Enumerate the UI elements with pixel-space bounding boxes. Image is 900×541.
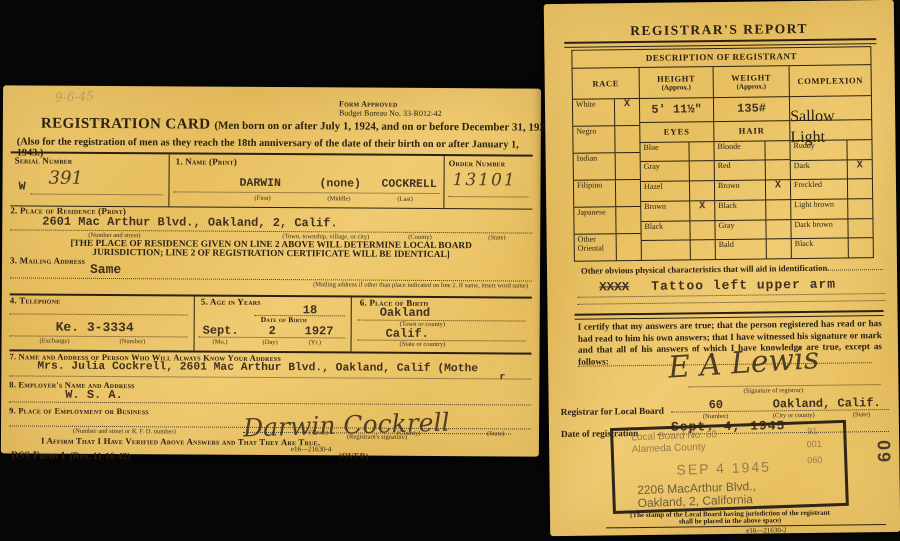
height-header: HEIGHT <box>657 73 695 83</box>
dob-sub-mo: (Mo.) <box>213 339 228 346</box>
form-rev: (Rev. 11-16-42) <box>70 452 131 462</box>
name-sub-middle: (Middle) <box>327 195 350 202</box>
name-last: COCKRELL <box>381 178 436 191</box>
pencil-date: 9-6-45 <box>55 89 94 105</box>
hair-row: Bald <box>716 239 791 259</box>
race-check <box>615 207 640 233</box>
employer-value: W. S. A. <box>65 388 123 402</box>
report-title: REGISTRAR'S REPORT <box>544 20 894 40</box>
complexion-row: Freckled <box>791 179 872 200</box>
complexion-column: COMPLEXION Sallow Light Ruddy DarkX Frec… <box>789 65 873 258</box>
name-middle: (none) <box>319 177 361 190</box>
hair-row: Blonde <box>714 141 789 162</box>
other-characteristics-value: XXXX Tattoo left upper arm <box>577 274 885 298</box>
race-check <box>615 153 640 179</box>
race-header: RACE <box>592 78 619 88</box>
stamp-num: 060 <box>807 455 822 466</box>
form-name: DSS Form 1 <box>11 450 66 461</box>
hair-row: Red <box>715 161 790 182</box>
eyes-check <box>690 240 715 259</box>
mailing-sub: (Mailing address if other than place ind… <box>313 281 528 289</box>
complexion-row: Dark brown <box>791 219 872 240</box>
complexion-header: COMPLEXION <box>797 75 863 86</box>
phone-value: Ke. 3-3334 <box>56 320 134 335</box>
eyes-row: Gray <box>641 161 714 182</box>
race-check: X <box>614 99 639 125</box>
complexion-check <box>846 140 871 159</box>
hair-row: Black <box>715 200 790 221</box>
race-column: RACE WhiteX Negro Indian Filipino Japane… <box>573 68 641 261</box>
mailing-label: 3. Mailing Address <box>10 255 532 268</box>
print-code-left: e16—21630-4 <box>291 445 332 453</box>
eyes-row: Black <box>641 221 714 242</box>
complexion-row: Light <box>790 120 871 141</box>
eyes-check <box>689 221 714 240</box>
mailing-value: Same <box>90 262 121 277</box>
name-label: 1. Name (Print) <box>170 154 444 168</box>
complexion-row: Sallow <box>790 96 871 121</box>
weight-approx: (Approx.) <box>737 82 766 90</box>
registrar-report-card: REGISTRAR'S REPORT DESCRIPTION OF REGIST… <box>544 0 900 536</box>
race-row: Japanese <box>574 207 640 235</box>
print-code-right: e16—21630-2 <box>746 526 787 534</box>
local-board-stamp: Local Board No. 60 91 Alameda County 001… <box>610 420 849 514</box>
stamp-line2: Alameda County <box>632 442 706 456</box>
stamp-addr2: Oakland, 2, California <box>637 492 753 510</box>
name-sub-first: (First) <box>254 195 270 202</box>
identity-row: Serial Number W 391 1. Name (Print) DARW… <box>10 151 532 209</box>
board-sub-state: (State) <box>853 411 870 418</box>
card-title: REGISTRATION CARD <box>41 116 211 133</box>
dob-sub-yr: (Yr.) <box>309 339 322 346</box>
dob-sub-day: (Day) <box>263 339 278 346</box>
phone-sub-number: (Number) <box>120 338 146 345</box>
dob-day: 2 <box>269 324 276 338</box>
complexion-row: Light brown <box>791 199 872 220</box>
residence-value: 2601 Mac Arthur Blvd., Oakland, 2, Calif… <box>42 215 337 231</box>
hair-check: X <box>765 180 790 199</box>
phone-age-birth-band: 4. Telephone Ke. 3-3334 (Exchange) (Numb… <box>10 293 532 354</box>
stamp-date: SEP 4 1945 <box>676 458 771 477</box>
struck-text: XXXX <box>599 280 629 294</box>
complexion-check <box>847 179 872 198</box>
eyes-row: BrownX <box>641 201 714 222</box>
stamp-right2: 001 <box>806 439 821 450</box>
race-row: Filipino <box>574 180 640 208</box>
eyes-row <box>642 240 715 260</box>
eyes-header: EYES <box>640 122 713 143</box>
order-value: 13101 <box>452 170 516 190</box>
order-label: Order Number <box>445 156 533 169</box>
complexion-check: X <box>847 160 872 179</box>
weight-value: 135# <box>714 97 789 122</box>
race-row: WhiteX <box>573 99 639 127</box>
mailing-section: 3. Mailing Address Same (Mailing address… <box>10 255 532 298</box>
race-check <box>616 234 641 260</box>
side-stamp-60: 60 <box>874 438 895 462</box>
eyes-row: Blue <box>640 142 713 163</box>
hair-check <box>766 239 791 258</box>
stamp-right1: 91 <box>807 426 817 436</box>
registration-card: 9-6-45 Form Approved Budget Bureau No. 3… <box>1 85 541 456</box>
hair-check <box>765 220 790 239</box>
over-note: (OVER) <box>339 451 369 460</box>
contact-value: Mrs. Julia Cockrell, 2601 Mac Arthur Blv… <box>37 361 478 376</box>
registrar-signature-sub: (Signature of registrar) <box>743 387 803 395</box>
name-sub-last: (Last) <box>397 196 413 203</box>
birth-town: Oakland <box>380 306 431 320</box>
weight-hair-column: WEIGHT (Approx.) 135# HAIR Blonde Red Br… <box>713 66 791 259</box>
eyes-check <box>688 142 713 161</box>
eyes-check: X <box>689 201 714 220</box>
serial-value: 391 <box>48 168 82 189</box>
contact-section: 7. Name and Address of Person Who Will A… <box>9 351 531 382</box>
eyes-check <box>689 161 714 180</box>
employer-section: 8. Employer's Name and Address W. S. A. <box>9 379 531 408</box>
hair-header: HAIR <box>714 121 789 142</box>
race-row: Indian <box>574 153 640 181</box>
height-eyes-column: HEIGHT (Approx.) 5' 11½" EYES Blue Gray … <box>639 67 715 260</box>
race-check <box>614 126 639 152</box>
hair-check <box>764 141 789 160</box>
residence-section: 2. Place of Residence (Print) 2601 Mac A… <box>10 205 532 256</box>
complexion-check <box>847 199 872 218</box>
hair-check <box>765 161 790 180</box>
serial-prefix: W <box>18 179 25 193</box>
board-label: Registrar for Local Board <box>561 407 664 418</box>
phone-sub-exchange: (Exchange) <box>40 338 70 345</box>
phone-label: 4. Telephone <box>10 293 194 306</box>
complexion-check <box>847 219 872 238</box>
birth-state-sub: (State or country) <box>400 341 446 348</box>
race-check <box>615 180 640 206</box>
hair-check <box>765 200 790 219</box>
serial-label: Serial Number <box>11 153 169 166</box>
card-title-note: (Men born on or after July 1, 1924, and … <box>214 120 554 134</box>
complexion-row: DarkX <box>791 160 872 181</box>
description-table: DESCRIPTION OF REGISTRANT RACE WhiteX Ne… <box>571 46 874 262</box>
dob-label: Date of Birth <box>261 315 307 324</box>
registrant-signature-block: Darwin Cockrell (Registrant's signature) <box>243 409 511 442</box>
complexion-row: Black <box>792 238 873 258</box>
race-row: Negro <box>573 126 639 154</box>
eyes-row: Hazel <box>641 181 714 202</box>
height-approx: (Approx.) <box>662 83 691 91</box>
height-value: 5' 11½" <box>640 98 713 123</box>
eyes-check <box>689 181 714 200</box>
hair-row: Gray <box>715 220 790 241</box>
race-row: Other Oriental <box>575 234 641 261</box>
name-first: DARWIN <box>239 177 281 190</box>
complexion-row: Ruddy <box>790 140 871 161</box>
employment-sub1: (Number and street or R. F. D. number) <box>73 428 176 436</box>
complexion-check <box>848 238 873 257</box>
tattoo-text: Tattoo left upper arm <box>651 277 836 294</box>
weight-header: WEIGHT <box>731 72 771 82</box>
age-label: 5. Age in Years <box>195 295 351 308</box>
hair-row: BrownX <box>715 180 790 201</box>
